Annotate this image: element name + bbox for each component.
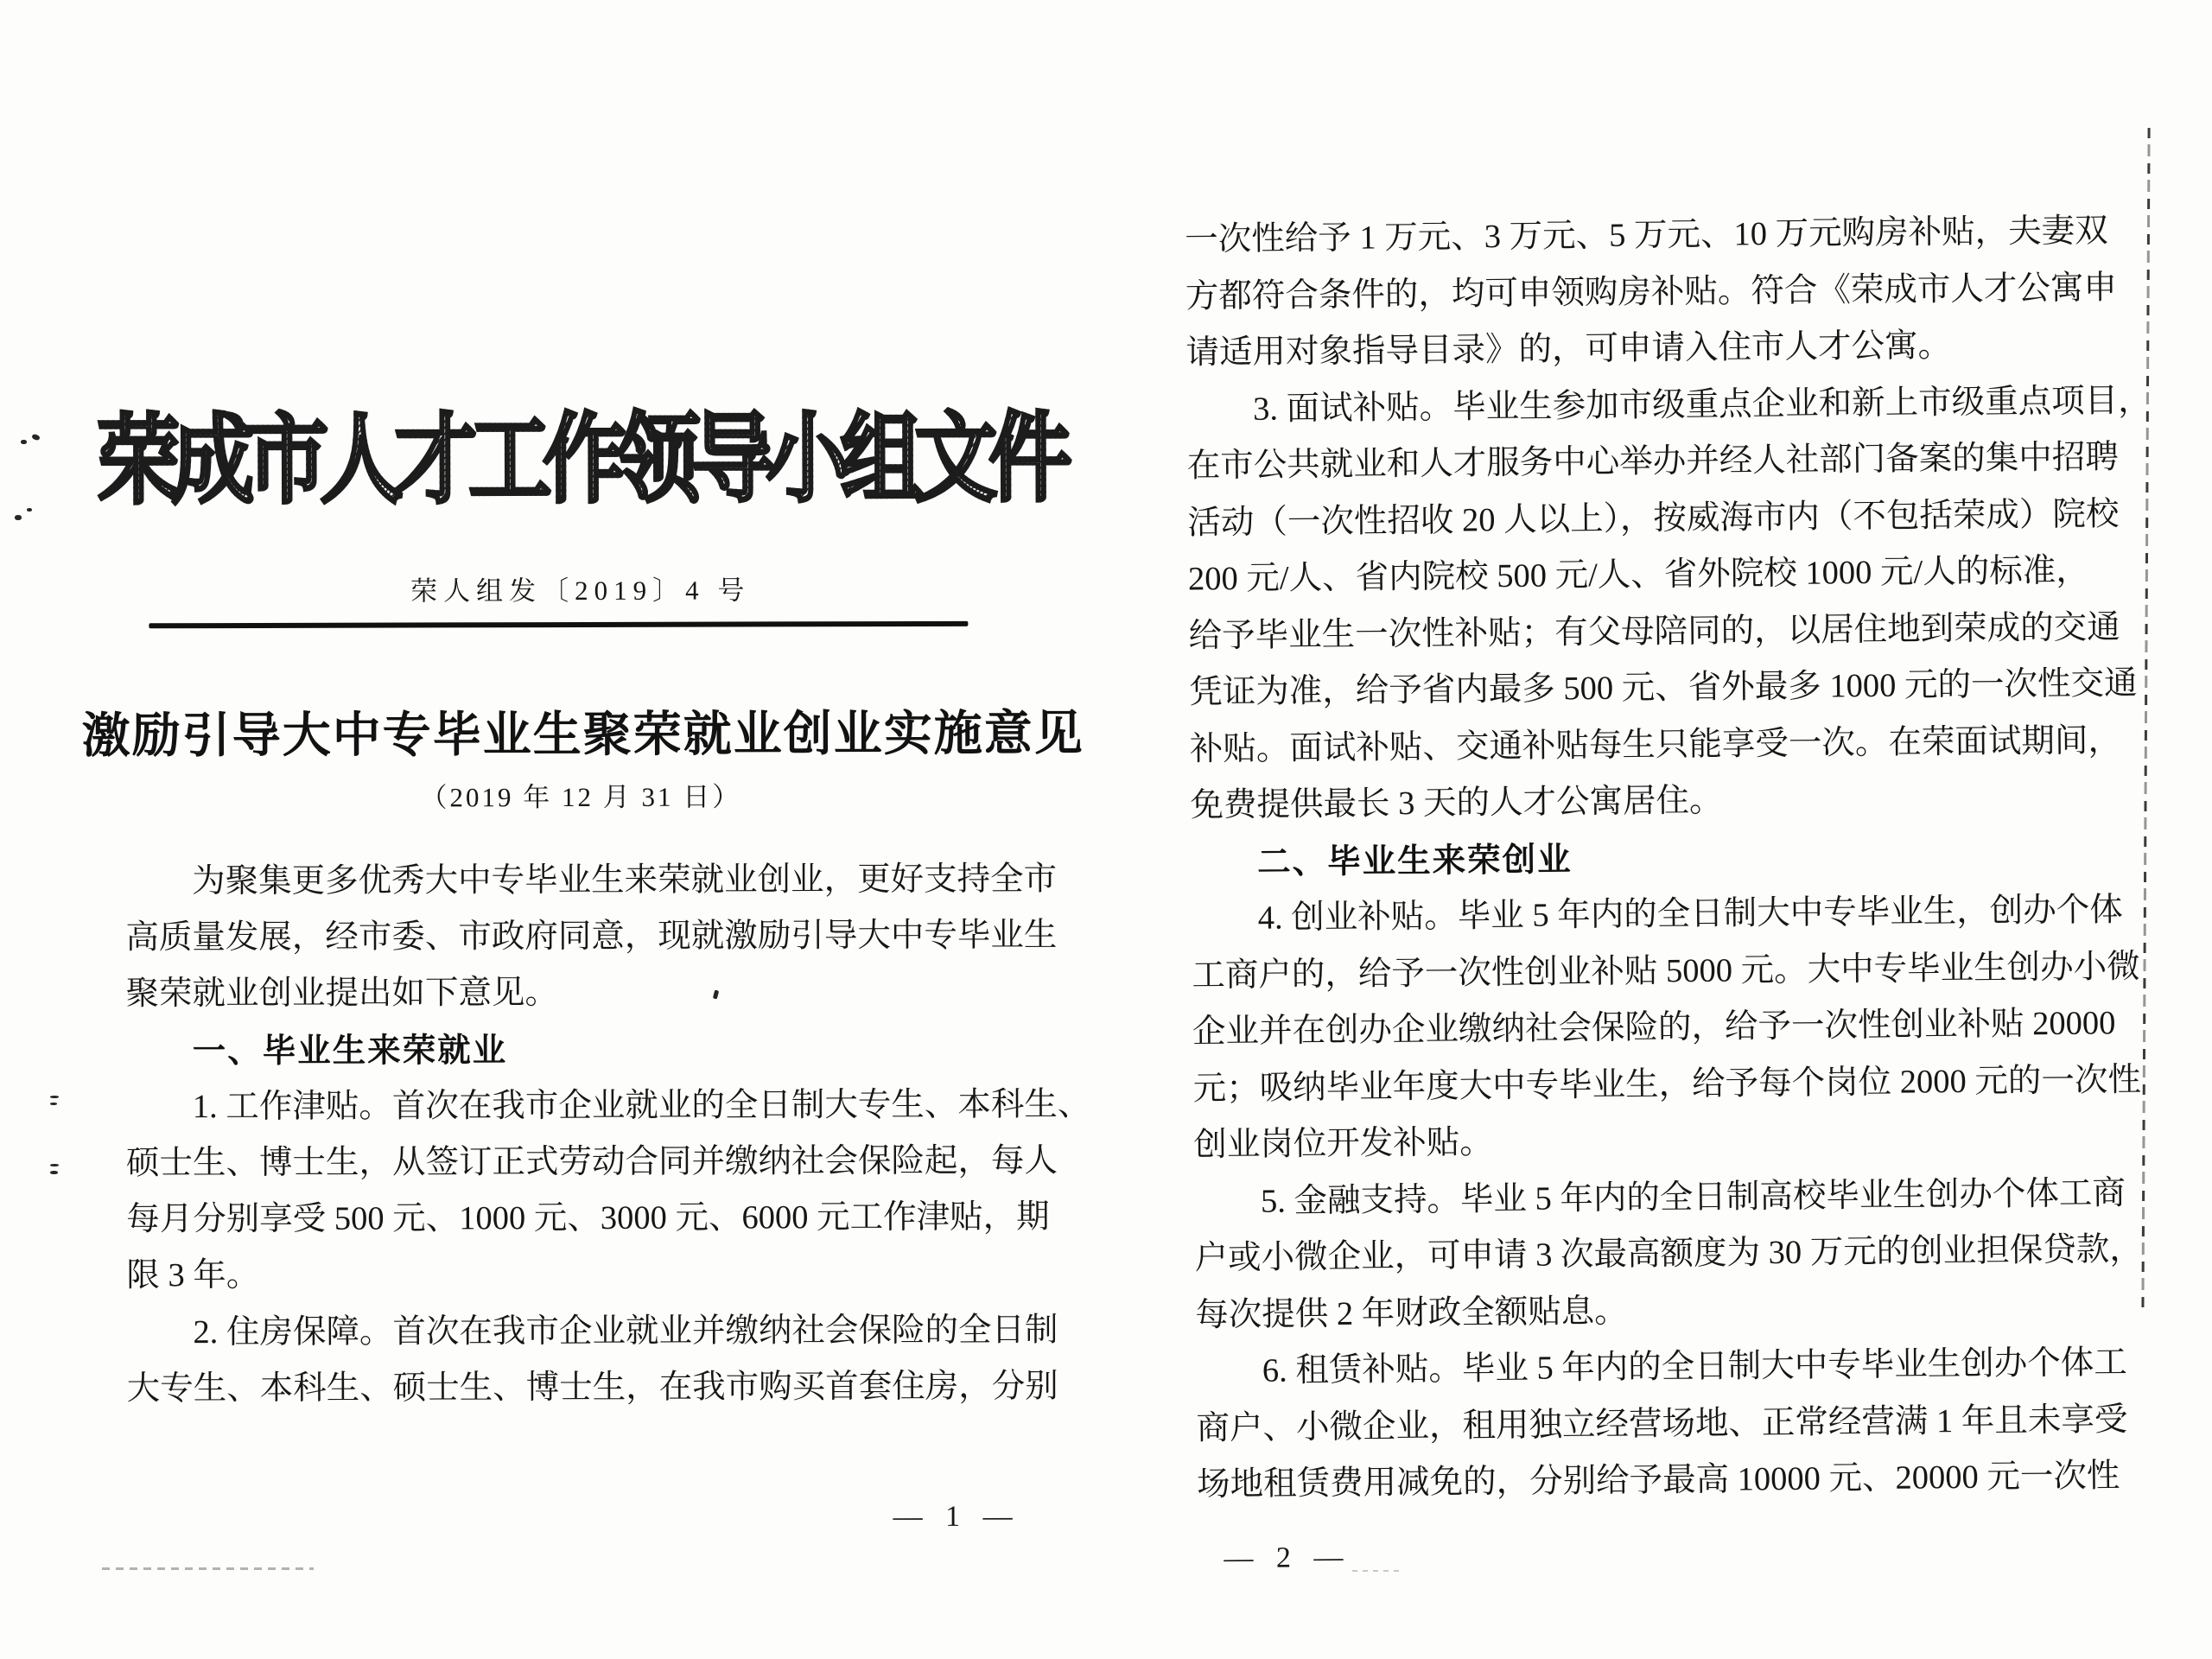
- scan-speck: [31, 434, 41, 442]
- body-line: 硕士生、博士生，从签订正式劳动合同并缴纳社会保险起，每人: [126, 1134, 1047, 1192]
- body-line: 200 元/人、省内院校 500 元/人、省外院校 1000 元/人的标准，: [1188, 543, 2141, 608]
- body-line: 在市公共就业和人才服务中心举办并经人社部门备案的集中招聘: [1186, 429, 2139, 495]
- scan-speck: [50, 1164, 59, 1166]
- body-line: 4. 创业补贴。毕业 5 年内的全日制大中专毕业生，创办个体: [1192, 882, 2145, 948]
- scan-speck: [15, 515, 22, 520]
- document-number: 荣人组发〔2019〕4 号: [81, 572, 1079, 609]
- scan-speck: [27, 508, 32, 512]
- body-line: 每月分别享受 500 元、1000 元、3000 元、6000 元工作津贴，期: [126, 1190, 1047, 1249]
- body-line: 给予毕业生一次性补贴；有父母陪同的，以居住地到荣成的交通: [1188, 599, 2141, 664]
- body-line: 5. 金融支持。毕业 5 年内的全日制高校毕业生创办个体工商: [1194, 1165, 2147, 1230]
- scan-speck: [50, 1171, 58, 1174]
- page-1: 荣成市人才工作领导小组文件 荣人组发〔2019〕4 号 激励引导大中专毕业生聚荣…: [79, 0, 1082, 1659]
- body-line: 创业岗位开发补贴。: [1193, 1109, 2146, 1174]
- body-line: 免费提供最长 3 天的人才公寓居住。: [1190, 769, 2143, 835]
- body-line: 商户、小微企业，租用独立经营场地、正常经营满 1 年且未享受: [1196, 1391, 2149, 1457]
- scan-speck: [50, 1103, 57, 1105]
- document-title: 激励引导大中专毕业生聚荣就业创业实施意见: [82, 703, 1080, 766]
- section-heading-1: 一、毕业生来荣就业: [126, 1020, 1047, 1079]
- scan-speck: [21, 440, 27, 444]
- page-1-body: 为聚集更多优秀大中专毕业生来荣就业创业，更好支持全市 高质量发展，经市委、市政府…: [125, 852, 1048, 1418]
- header-divider: [149, 621, 968, 628]
- body-line: 户或小微企业，可申请 3 次最高额度为 30 万元的创业担保贷款，: [1194, 1222, 2147, 1287]
- body-line: 高质量发展，经市委、市政府同意，现就激励引导大中专毕业生: [125, 908, 1046, 967]
- body-line: 一次性给予 1 万元、3 万元、5 万元、10 万元购房补贴，夫妻双: [1185, 203, 2138, 269]
- body-line: 2. 住房保障。首次在我市企业就业并缴纳社会保险的全日制: [126, 1302, 1047, 1361]
- body-line: 补贴。面试补贴、交通补贴每生只能享受一次。在荣面试期间，: [1190, 712, 2143, 778]
- page-2-body: 一次性给予 1 万元、3 万元、5 万元、10 万元购房补贴，夫妻双 方都符合条…: [1185, 203, 2149, 1514]
- body-line: 聚荣就业创业提出如下意见。: [125, 964, 1046, 1023]
- body-line: 1. 工作津贴。首次在我市企业就业的全日制大专生、本科生、: [126, 1077, 1047, 1135]
- body-line: 3. 面试补贴。毕业生参加市级重点企业和新上市级重点项目，: [1186, 372, 2139, 438]
- body-line: 为聚集更多优秀大中专毕业生来荣就业创业，更好支持全市: [125, 852, 1046, 911]
- page-2: 一次性给予 1 万元、3 万元、5 万元、10 万元购房补贴，夫妻双 方都符合条…: [1160, 0, 2212, 1659]
- body-line: 大专生、本科生、硕士生、博士生，在我市购买首套住房，分别: [127, 1358, 1048, 1417]
- scanned-document: 荣成市人才工作领导小组文件 荣人组发〔2019〕4 号 激励引导大中专毕业生聚荣…: [0, 0, 2212, 1659]
- body-line: 方都符合条件的，均可申领购房补贴。符合《荣成市人才公寓申: [1185, 260, 2139, 326]
- scan-artifact-dashed-line-small: [1352, 1570, 1404, 1572]
- body-line: 每次提供 2 年财政全额贴息。: [1195, 1278, 2148, 1344]
- body-line: 活动（一次性招收 20 人以上），按威海市内（不包括荣成）院校: [1187, 486, 2140, 551]
- body-line: 请适用对象指导目录》的，可申请入住市人才公寓。: [1185, 316, 2139, 382]
- body-line: 6. 租赁补贴。毕业 5 年内的全日制大中专毕业生创办个体工: [1196, 1335, 2149, 1401]
- issuing-org-header: 荣成市人才工作领导小组文件: [81, 388, 1079, 533]
- scan-speck: [50, 1096, 59, 1098]
- body-line: 场地租赁费用减免的，分别给予最高 10000 元、20000 元一次性: [1197, 1448, 2150, 1514]
- body-line: 工商户的，给予一次性创业补贴 5000 元。大中专毕业生创办小微: [1192, 938, 2145, 1004]
- body-line: 元；吸纳毕业年度大中专毕业生，给予每个岗位 2000 元的一次性: [1192, 1052, 2145, 1117]
- page-number-1: — 1 —: [814, 1499, 1099, 1535]
- section-heading-2: 二、毕业生来荣创业: [1191, 825, 2144, 891]
- document-date: （2019 年 12 月 31 日）: [82, 779, 1080, 816]
- scan-artifact-dashed-line: [102, 1567, 314, 1570]
- body-line: 限 3 年。: [126, 1246, 1047, 1305]
- body-line: 凭证为准，给予省内最多 500 元、省外最多 1000 元的一次性交通: [1189, 656, 2142, 721]
- body-line: 企业并在创办企业缴纳社会保险的，给予一次性创业补贴 20000: [1192, 995, 2145, 1061]
